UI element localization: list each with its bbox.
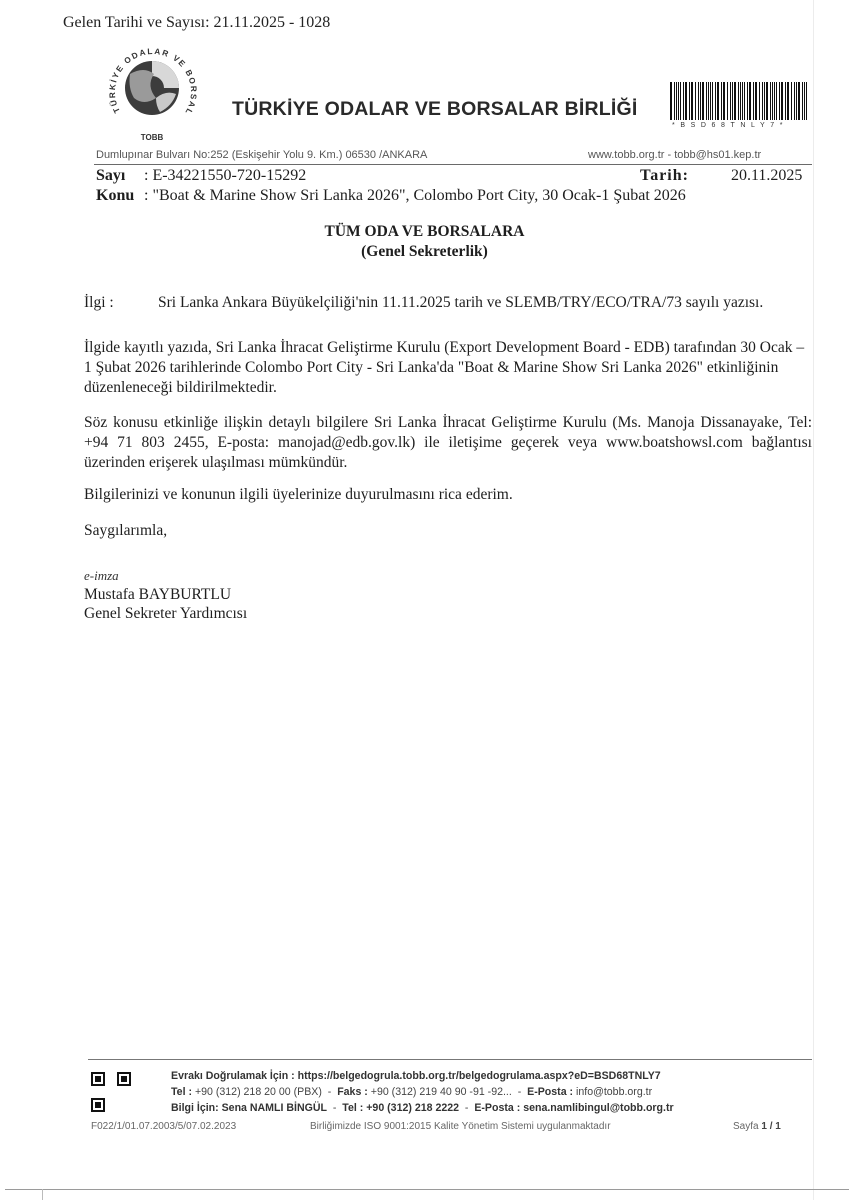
ilgi-label: İlgi :: [84, 293, 158, 313]
scan-edge: [813, 0, 814, 1200]
barcode-icon: [670, 82, 810, 120]
e-signature-mark: e-imza: [84, 568, 119, 584]
tobb-logo-icon: TÜRKİYE ODALAR VE BORSALAR BİRLİĞİ TOBB: [100, 36, 204, 148]
signer-block: Mustafa BAYBURTLU Genel Sekreter Yardımc…: [84, 585, 247, 623]
address-line: Dumlupınar Bulvarı No:252 (Eskişehir Yol…: [96, 149, 427, 161]
paragraph-2: Söz konusu etkinliğe ilişkin detaylı bil…: [84, 413, 812, 473]
konu-row: Konu: "Boat & Marine Show Sri Lanka 2026…: [96, 187, 686, 205]
footer-contact-line: Tel : +90 (312) 218 20 00 (PBX) - Faks :…: [171, 1084, 674, 1100]
sayi-value: : E-34221550-720-15292: [144, 167, 306, 184]
tarih-row: Tarih:20.11.2025: [640, 167, 802, 185]
info-email-link[interactable]: info@tobb.org.tr: [576, 1086, 652, 1098]
addressee-line-2: (Genel Sekreterlik): [0, 242, 849, 262]
form-code: F022/1/01.07.2003/5/07.02.2023: [91, 1121, 236, 1132]
signer-title: Genel Sekreter Yardımcısı: [84, 604, 247, 623]
footer-divider: [88, 1059, 812, 1060]
page-number: Sayfa 1 / 1: [733, 1121, 781, 1132]
footer-verify-line: Evrakı Doğrulamak İçin : https://belgedo…: [171, 1068, 674, 1084]
addressee: TÜM ODA VE BORSALARA (Genel Sekreterlik): [0, 222, 849, 262]
tarih-label: Tarih:: [640, 167, 689, 184]
verify-link[interactable]: https://belgedogrula.tobb.org.tr/belgedo…: [298, 1070, 661, 1082]
signer-name: Mustafa BAYBURTLU: [84, 585, 247, 604]
barcode-text: *BSD68TNLY7*: [672, 122, 812, 129]
iso-note: Birliğimizde ISO 9001:2015 Kalite Yöneti…: [310, 1121, 611, 1132]
scan-bottom-line: [5, 1189, 849, 1190]
paragraph-1: İlgide kayıtlı yazıda, Sri Lanka İhracat…: [84, 338, 812, 398]
tarih-value: 20.11.2025: [731, 167, 802, 184]
organization-title: TÜRKİYE ODALAR VE BORSALAR BİRLİĞİ: [232, 98, 637, 121]
closing: Saygılarımla,: [84, 521, 812, 541]
konu-label: Konu: [96, 187, 144, 205]
scan-bottom-tick: [42, 1189, 43, 1200]
footer-info: Evrakı Doğrulamak İçin : https://belgedo…: [171, 1068, 674, 1116]
sayi-row: Sayı: E-34221550-720-15292: [96, 167, 306, 185]
sayi-label: Sayı: [96, 167, 144, 185]
svg-text:TOBB: TOBB: [141, 133, 164, 142]
addressee-line-1: TÜM ODA VE BORSALARA: [0, 222, 849, 242]
web-contact-line[interactable]: www.tobb.org.tr - tobb@hs01.kep.tr: [588, 149, 761, 161]
header-divider: [94, 164, 812, 165]
paragraph-3: Bilgilerinizi ve konunun ilgili üyelerin…: [84, 485, 812, 505]
received-stamp: Gelen Tarihi ve Sayısı: 21.11.2025 - 102…: [63, 14, 330, 32]
konu-value: : "Boat & Marine Show Sri Lanka 2026", C…: [144, 187, 686, 204]
qr-code-icon[interactable]: [91, 1072, 131, 1112]
footer-bilgi-line: Bilgi İçin: Sena NAMLI BİNGÜL - Tel : +9…: [171, 1100, 674, 1116]
ilgi-row: İlgi :Sri Lanka Ankara Büyükelçiliği'nin…: [84, 293, 812, 313]
ilgi-text: Sri Lanka Ankara Büyükelçiliği'nin 11.11…: [158, 294, 763, 311]
contact-email-link[interactable]: sena.namlibingul@tobb.org.tr: [523, 1102, 673, 1114]
